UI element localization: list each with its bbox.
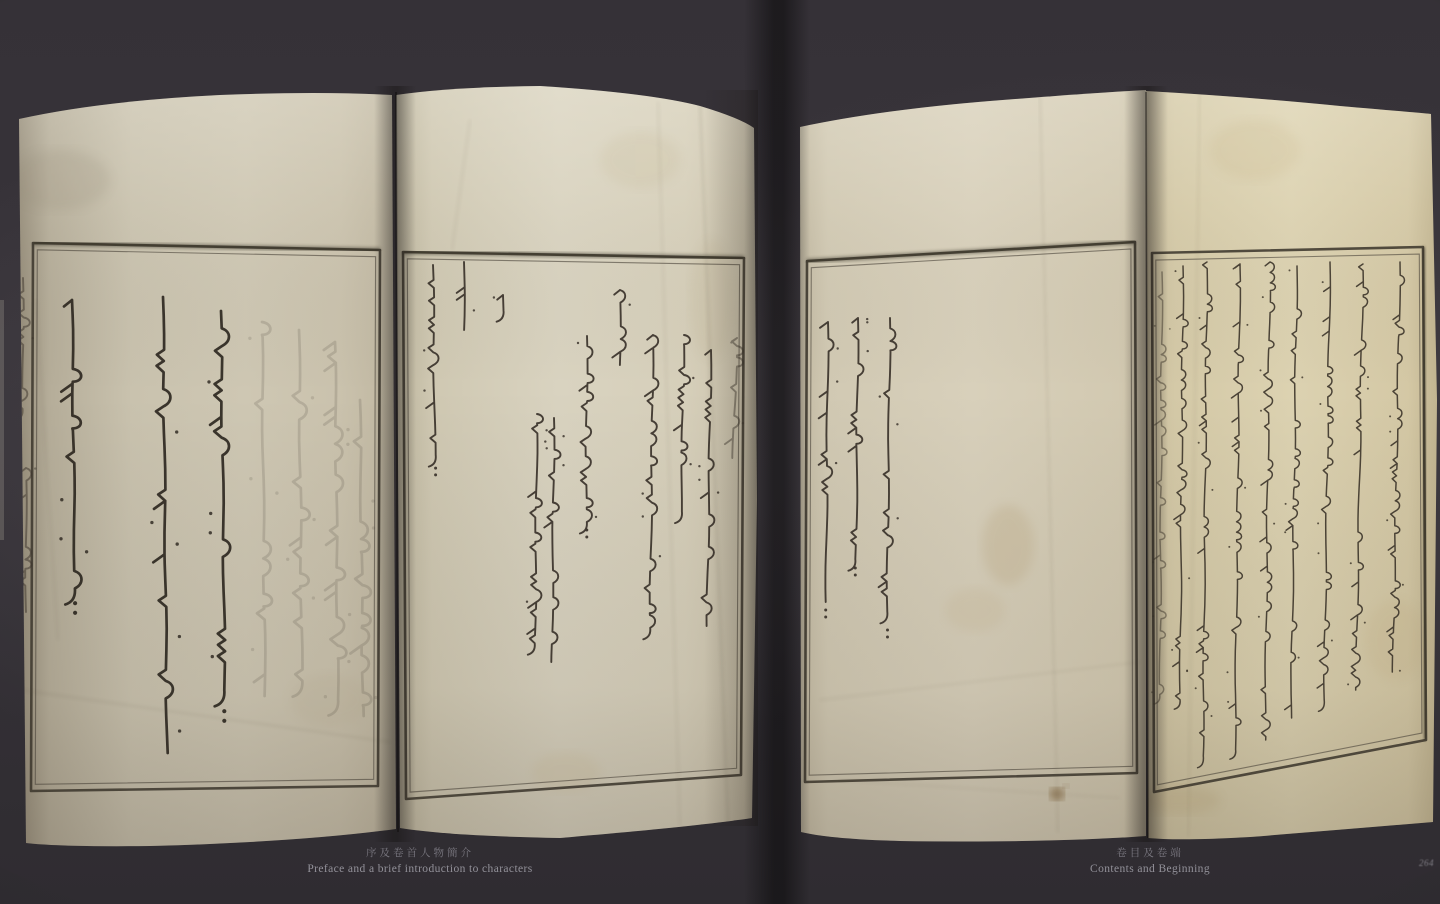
ink-dot (1386, 519, 1388, 521)
page-frame-outer (805, 242, 1137, 782)
crease (1040, 96, 1058, 832)
page-frame-outer (1152, 247, 1426, 792)
caption-left-opening: 序及卷首人物簡介 Preface and a brief introductio… (220, 847, 620, 876)
ink-dot (1389, 431, 1391, 433)
page-content (1140, 94, 1426, 836)
page-frame-inner (35, 250, 375, 785)
ink-dot (222, 709, 226, 713)
script-column (725, 338, 743, 458)
ink-dot (1186, 670, 1188, 672)
page-edge-sliver (0, 300, 4, 540)
ink-dot (545, 447, 547, 449)
ink-dot (73, 601, 77, 605)
ink-dot (209, 512, 212, 515)
page-frame-inner (407, 259, 739, 792)
ink-dot (1171, 649, 1173, 651)
script-column (579, 336, 593, 534)
caption-right-english: Contents and Beginning (950, 862, 1350, 876)
page-frame-heavy-edge (33, 243, 380, 250)
script-column (290, 330, 310, 697)
fold-shadow-left-opening (374, 86, 416, 842)
ink-dot (175, 430, 178, 433)
page-edge-shade (704, 90, 758, 826)
ink-dot (698, 479, 700, 481)
ink-dot (176, 542, 179, 545)
ink-dot (1228, 546, 1230, 548)
ink-dot (222, 719, 226, 723)
ink-dot (15, 554, 17, 556)
crease (840, 780, 1120, 798)
ink-dot (854, 567, 857, 570)
ink-dot (692, 377, 694, 379)
stain (690, 240, 734, 360)
script-column (544, 418, 560, 662)
script-column (1387, 262, 1404, 672)
script-column (674, 335, 690, 523)
ink-dot (1260, 410, 1262, 412)
page-sheen (396, 86, 757, 838)
crease (1188, 94, 1200, 836)
ink-dot (423, 389, 425, 391)
ink-dot (1389, 415, 1391, 417)
ink-dot (1246, 324, 1248, 326)
ink-dot (866, 318, 868, 320)
ink-dot (1175, 270, 1177, 272)
ink-dot (372, 526, 375, 529)
ink-dot (286, 558, 289, 561)
ink-dot (1350, 562, 1352, 564)
ink-dot (879, 395, 881, 397)
ink-dot (13, 300, 15, 302)
stain (1365, 600, 1425, 680)
ink-dot (1318, 552, 1320, 554)
ink-dot (209, 531, 212, 534)
ink-dot (1289, 269, 1291, 271)
page-frame-outer (403, 252, 744, 799)
caption-left-chinese: 序及卷首人物簡介 (220, 847, 620, 861)
ink-dot (178, 635, 181, 638)
stain (290, 674, 370, 726)
page-frame-heavy-edge (1423, 247, 1426, 740)
ink-dot (1258, 616, 1260, 618)
page-number: 264 (1419, 858, 1434, 868)
ink-dot (1169, 328, 1171, 330)
ink-dot (1198, 442, 1200, 444)
ink-dot (595, 516, 597, 518)
ink-dot (585, 529, 588, 532)
ink-dot (1152, 615, 1154, 617)
fold-crease-line (396, 92, 398, 832)
script-column (1197, 262, 1213, 768)
ink-dot (1322, 281, 1324, 283)
script-column (254, 322, 272, 696)
ink-dot (60, 498, 63, 501)
script-column (1351, 264, 1368, 690)
ink-dot (1317, 522, 1319, 524)
script-column (819, 322, 834, 602)
ink-dot (886, 636, 889, 639)
ink-dot (150, 521, 153, 524)
stain (945, 588, 1005, 632)
ink-dot (1301, 376, 1303, 378)
ink-dot (1244, 487, 1246, 489)
page-frame-outer (31, 243, 380, 791)
ink-dot (1186, 670, 1188, 672)
ink-dot (742, 422, 744, 424)
ink-dot (1211, 715, 1213, 717)
ink-dot (312, 518, 315, 521)
ink-dot (1367, 388, 1369, 390)
ink-dot (1211, 489, 1213, 491)
ink-dot (248, 337, 251, 340)
ink-dot (346, 428, 349, 431)
ink-dot (59, 537, 62, 540)
script-column (643, 335, 658, 639)
ink-dot (251, 648, 254, 651)
ink-dot (659, 555, 661, 557)
ink-dot (1227, 671, 1229, 673)
ink-dot (1227, 701, 1229, 703)
ink-dot (628, 303, 630, 305)
ink-dot (698, 465, 700, 467)
crease (36, 300, 58, 640)
crease (658, 102, 680, 826)
script-column (1260, 262, 1275, 740)
ink-dot (1319, 403, 1321, 405)
crease (820, 662, 1140, 700)
ink-dot (545, 429, 547, 431)
ink-dot (585, 536, 588, 539)
ink-dot (1151, 691, 1153, 693)
script-column (61, 300, 81, 605)
script-column (848, 318, 863, 571)
ink-dot (434, 473, 437, 476)
ink-dot (689, 463, 691, 465)
ink-dot (312, 596, 315, 599)
crease (20, 690, 390, 742)
caption-right-chinese: 卷目及卷端 (950, 847, 1350, 861)
ink-dot (1298, 657, 1300, 659)
ink-dot (346, 443, 349, 446)
ink-dot (311, 396, 314, 399)
crease (700, 100, 728, 824)
fold-shadow-right-opening (1124, 86, 1168, 842)
ink-dot (1188, 577, 1190, 579)
ink-dot (1152, 561, 1154, 563)
script-column (527, 414, 543, 655)
page-content (10, 150, 390, 791)
stain (10, 150, 110, 210)
ink-dot (836, 380, 838, 382)
ink-dot (1399, 670, 1401, 672)
page-content (403, 100, 744, 826)
stain (600, 132, 680, 188)
left-verso-page (19, 93, 396, 846)
ink-dot (85, 550, 88, 553)
script-column (701, 350, 715, 626)
script-column (14, 278, 29, 420)
page-sheen (1146, 91, 1437, 839)
ink-dot (824, 616, 827, 619)
ink-dot (562, 435, 564, 437)
ink-dot (836, 347, 838, 349)
script-column (324, 342, 347, 716)
script-column (1285, 266, 1302, 718)
ink-dot (1285, 503, 1287, 505)
ink-dot (324, 695, 327, 698)
ink-dot (1347, 683, 1349, 685)
script-column (350, 400, 371, 716)
stain (1210, 120, 1300, 180)
fold-crease-line (1146, 92, 1148, 838)
gutter-shadow (744, 0, 810, 904)
ink-dot (886, 629, 889, 632)
page-frame-inner (1156, 254, 1422, 785)
ink-dot (526, 600, 528, 602)
script-column (457, 262, 465, 330)
script-column (426, 265, 438, 467)
ink-dot (374, 696, 377, 699)
stain (1140, 786, 1220, 814)
script-column (879, 318, 897, 623)
stain (1050, 788, 1064, 800)
caption-left-english: Preface and a brief introduction to char… (220, 862, 620, 876)
ink-dot (1331, 640, 1333, 642)
ink-dot (249, 477, 252, 480)
script-column (612, 290, 626, 365)
ink-dot (1262, 296, 1264, 298)
ink-dot (1367, 376, 1369, 378)
stain (982, 505, 1034, 585)
page-sheen (800, 90, 1146, 841)
page-content (805, 96, 1140, 832)
ink-dot (178, 729, 181, 732)
script-column (153, 297, 173, 753)
right-verso-page (800, 90, 1146, 841)
ink-dot (642, 515, 644, 517)
script-column (1154, 272, 1167, 704)
script-column (17, 468, 31, 612)
ink-dot (1402, 584, 1404, 586)
script-column (1229, 264, 1243, 759)
page-frame-heavy-edge (403, 252, 744, 258)
ink-dot (544, 440, 546, 442)
ink-dot (34, 467, 36, 469)
ink-dot (717, 491, 719, 493)
script-column (1173, 266, 1188, 709)
ink-dot (896, 423, 898, 425)
ink-dot (1260, 369, 1262, 371)
page-frame-heavy-edge (807, 242, 1135, 261)
caption-right-opening: 卷目及卷端 Contents and Beginning (950, 847, 1350, 876)
script-column (1317, 262, 1333, 711)
stain (532, 752, 600, 792)
ink-dot (371, 499, 374, 502)
ink-dot (641, 492, 643, 494)
ink-dot (347, 660, 350, 663)
script-column (210, 311, 230, 706)
ink-dot (824, 609, 827, 612)
ink-dot (73, 611, 77, 615)
page-frame-inner (809, 249, 1132, 775)
ink-dot (866, 321, 868, 323)
ink-dot (348, 613, 351, 616)
crease (452, 120, 470, 250)
ink-dot (1199, 317, 1201, 319)
ink-dot (1273, 523, 1275, 525)
ink-dot (211, 655, 214, 658)
ink-dot (854, 574, 857, 577)
ink-dot (473, 309, 475, 311)
stain (1063, 784, 1069, 789)
ink-dot (31, 337, 33, 339)
ink-dot (577, 342, 579, 344)
page-sheen (19, 93, 396, 846)
ink-dot (1195, 687, 1197, 689)
ink-dot (493, 296, 495, 298)
ink-dot (1364, 622, 1366, 624)
ink-dot (562, 464, 564, 466)
ink-dot (1284, 531, 1286, 533)
ink-dot (1154, 325, 1156, 327)
left-recto-page (396, 86, 757, 838)
ink-dot (275, 491, 278, 494)
ink-dot (835, 462, 837, 464)
catalog-page-spread: 序及卷首人物簡介 Preface and a brief introductio… (0, 0, 1440, 904)
ink-dot (866, 350, 868, 352)
manuscript-photo-canvas (0, 0, 1440, 904)
ink-dot (434, 467, 437, 470)
ink-dot (423, 349, 425, 351)
ink-dot (207, 380, 210, 383)
script-column (497, 295, 504, 322)
right-recto-page (1146, 91, 1437, 839)
ink-dot (896, 517, 898, 519)
